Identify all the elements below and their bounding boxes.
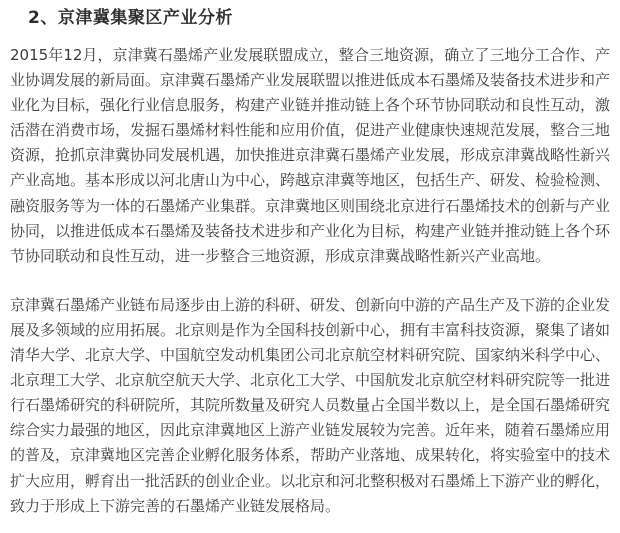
- document-page: 2、京津冀集聚区产业分析 2015年12月，京津冀石墨烯产业发展联盟成立，整合三…: [0, 0, 620, 533]
- paragraph: 2015年12月，京津冀石墨烯产业发展联盟成立，整合三地资源，确立了三地分工合作…: [10, 43, 610, 269]
- paragraph: 京津冀石墨烯产业链布局逐步由上游的科研、研发、创新向中游的产品生产及下游的企业发…: [10, 293, 610, 519]
- section-heading: 2、京津冀集聚区产业分析: [28, 8, 610, 28]
- document-body: 2015年12月，京津冀石墨烯产业发展联盟成立，整合三地资源，确立了三地分工合作…: [10, 43, 610, 519]
